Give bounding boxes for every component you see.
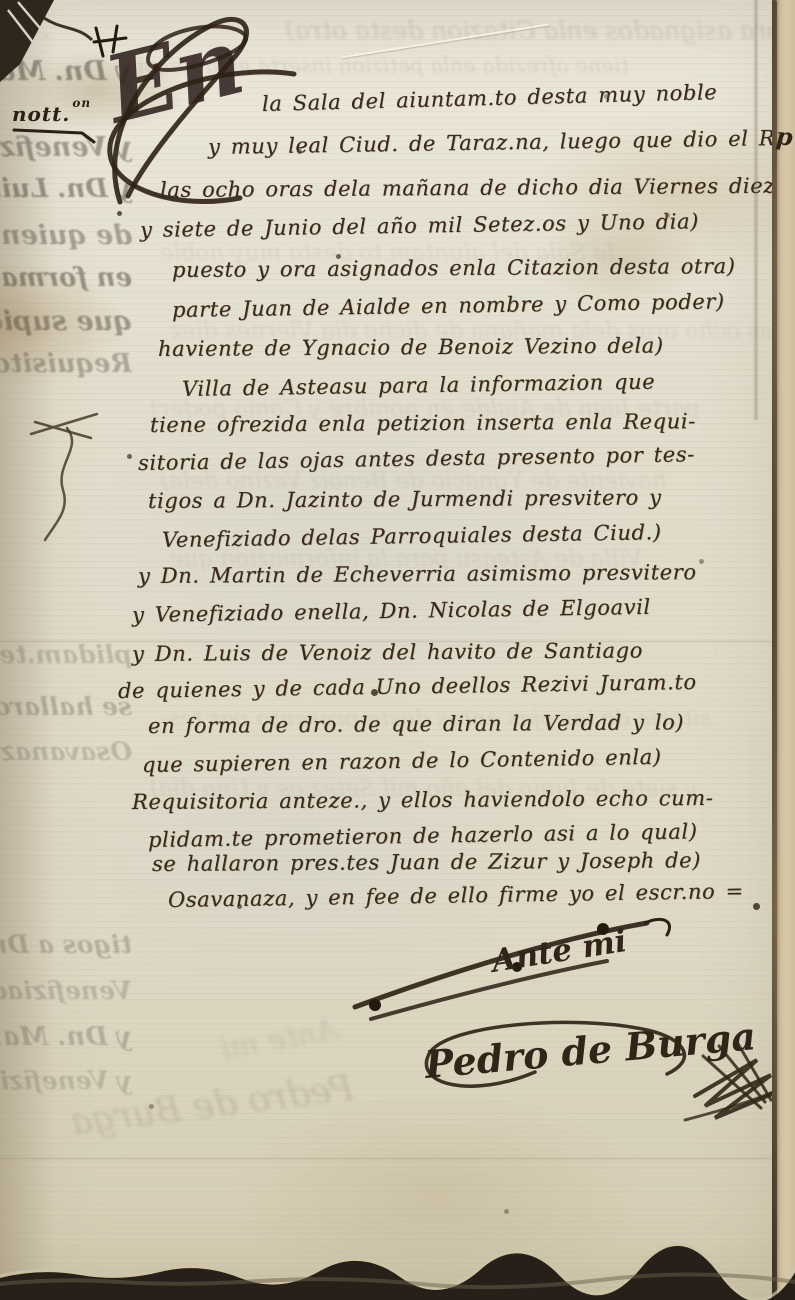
manuscript-line: se hallaron pres.tes Juan de Zizur y Jos… — [152, 848, 701, 876]
bleed-through-text: plidam.te prometieron de hazerlo asi a l… — [0, 640, 132, 669]
surface-scratch — [341, 24, 549, 59]
manuscript-line: Villa de Asteasu para la informazion que — [182, 370, 656, 401]
horizontal-fold — [0, 640, 795, 643]
manuscript-line: tiene ofrezida enla petizion inserta enl… — [150, 409, 696, 437]
manuscript-line: de quienes y de cada Uno deellos Rezivi … — [118, 670, 697, 703]
bleed-through-text: que supieren en razon de lo Contenido en… — [0, 306, 132, 337]
manuscript-line: las ocho oras dela mañana de dicho dia V… — [160, 174, 775, 202]
ink-specks — [0, 0, 3, 3]
bleed-through-text: Osavanaza, y en fee de ello firme yo el … — [0, 737, 132, 766]
manuscript-line: en forma de dro. de que diran la Verdad … — [148, 710, 684, 738]
bleed-through-text: Venefiziado delas Parroquiales desta Ciu… — [0, 976, 132, 1005]
manuscript-line: la Sala del aiuntam.to desta muy noble — [262, 80, 718, 116]
bleed-through-text: puesto y ora asignados enla Citazion des… — [285, 16, 795, 45]
manuscript-line: que supieren en razon de lo Contenido en… — [142, 745, 662, 777]
manuscript-line: tigos a Dn. Jazinto de Jurmendi presvite… — [148, 485, 662, 513]
vertical-crease — [753, 0, 759, 420]
manuscript-line: Venefiziado delas Parroquiales desta Ciu… — [162, 520, 662, 552]
page-edge — [772, 0, 777, 1300]
adjacent-page-mark: p — [775, 121, 794, 151]
manuscript-line: sitoria de las ojas antes desta presento… — [138, 442, 695, 475]
horizontal-fold — [0, 1157, 795, 1160]
manuscript-line: plidam.te prometieron de hazerlo asi a l… — [148, 819, 698, 852]
bleed-through-text: se hallaron pres.tes Juan de Zizur y Jos… — [0, 692, 132, 721]
bleed-through-signature: Ante mi — [218, 1012, 341, 1067]
manuscript-line: haviente de Ygnacio de Benoiz Vezino del… — [158, 333, 664, 361]
manuscript-page: puesto y ora asignados enla Citazion des… — [0, 0, 795, 1300]
corner-blotch — [0, 0, 170, 110]
bleed-through-text: y Venefiziado enella, Dn. Nicolas de Elg… — [0, 1066, 132, 1095]
bleed-through-text: tigos a Dn. Jazinto de Jurmendi presvite… — [0, 930, 132, 959]
manuscript-line: Requisitoria anteze., y ellos haviendolo… — [132, 786, 714, 814]
manuscript-line: parte Juan de Aialde en nombre y Como po… — [172, 289, 725, 322]
bleed-through-text: y Dn. Martin de Echeverria asimismo pres… — [0, 1022, 132, 1052]
bleed-through-text: Requisitoria anteze., y ellos haviendolo… — [0, 349, 132, 379]
manuscript-line: y Dn. Martin de Echeverria asimismo pres… — [138, 560, 697, 588]
manuscript-line: puesto y ora asignados enla Citazion des… — [172, 254, 736, 282]
bottom-deckle-edge — [0, 1232, 795, 1300]
margin-note-underline — [12, 126, 102, 146]
bleed-through-text: en forma de dro. de que diran la Verdad … — [0, 263, 132, 293]
manuscript-line: y Venefiziado enella, Dn. Nicolas de Elg… — [132, 595, 651, 627]
bleed-through-signature: Pedro de Burga — [69, 1068, 356, 1143]
margin-doodle — [25, 402, 115, 552]
